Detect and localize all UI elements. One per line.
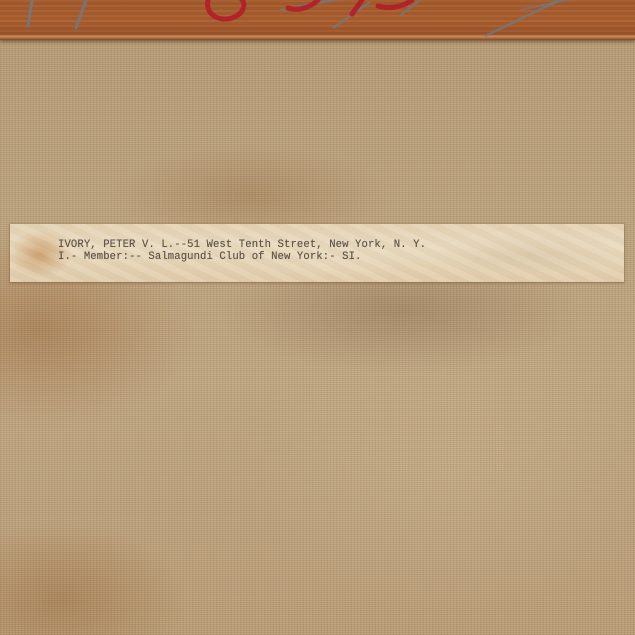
- typed-paper-label: IVORY, PETER V. L.--51 West Tenth Street…: [10, 224, 624, 282]
- partial-inscription-marks: [0, 0, 635, 40]
- label-typed-text: IVORY, PETER V. L.--51 West Tenth Street…: [58, 239, 426, 263]
- canvas-weave-texture: [0, 0, 635, 635]
- wooden-stretcher-bar: [0, 0, 635, 40]
- label-line-2: I.- Member:-- Salmagundi Club of New Yor…: [58, 251, 426, 263]
- label-line-1: IVORY, PETER V. L.--51 West Tenth Street…: [58, 239, 426, 251]
- canvas-back-photo: IVORY, PETER V. L.--51 West Tenth Street…: [0, 0, 635, 635]
